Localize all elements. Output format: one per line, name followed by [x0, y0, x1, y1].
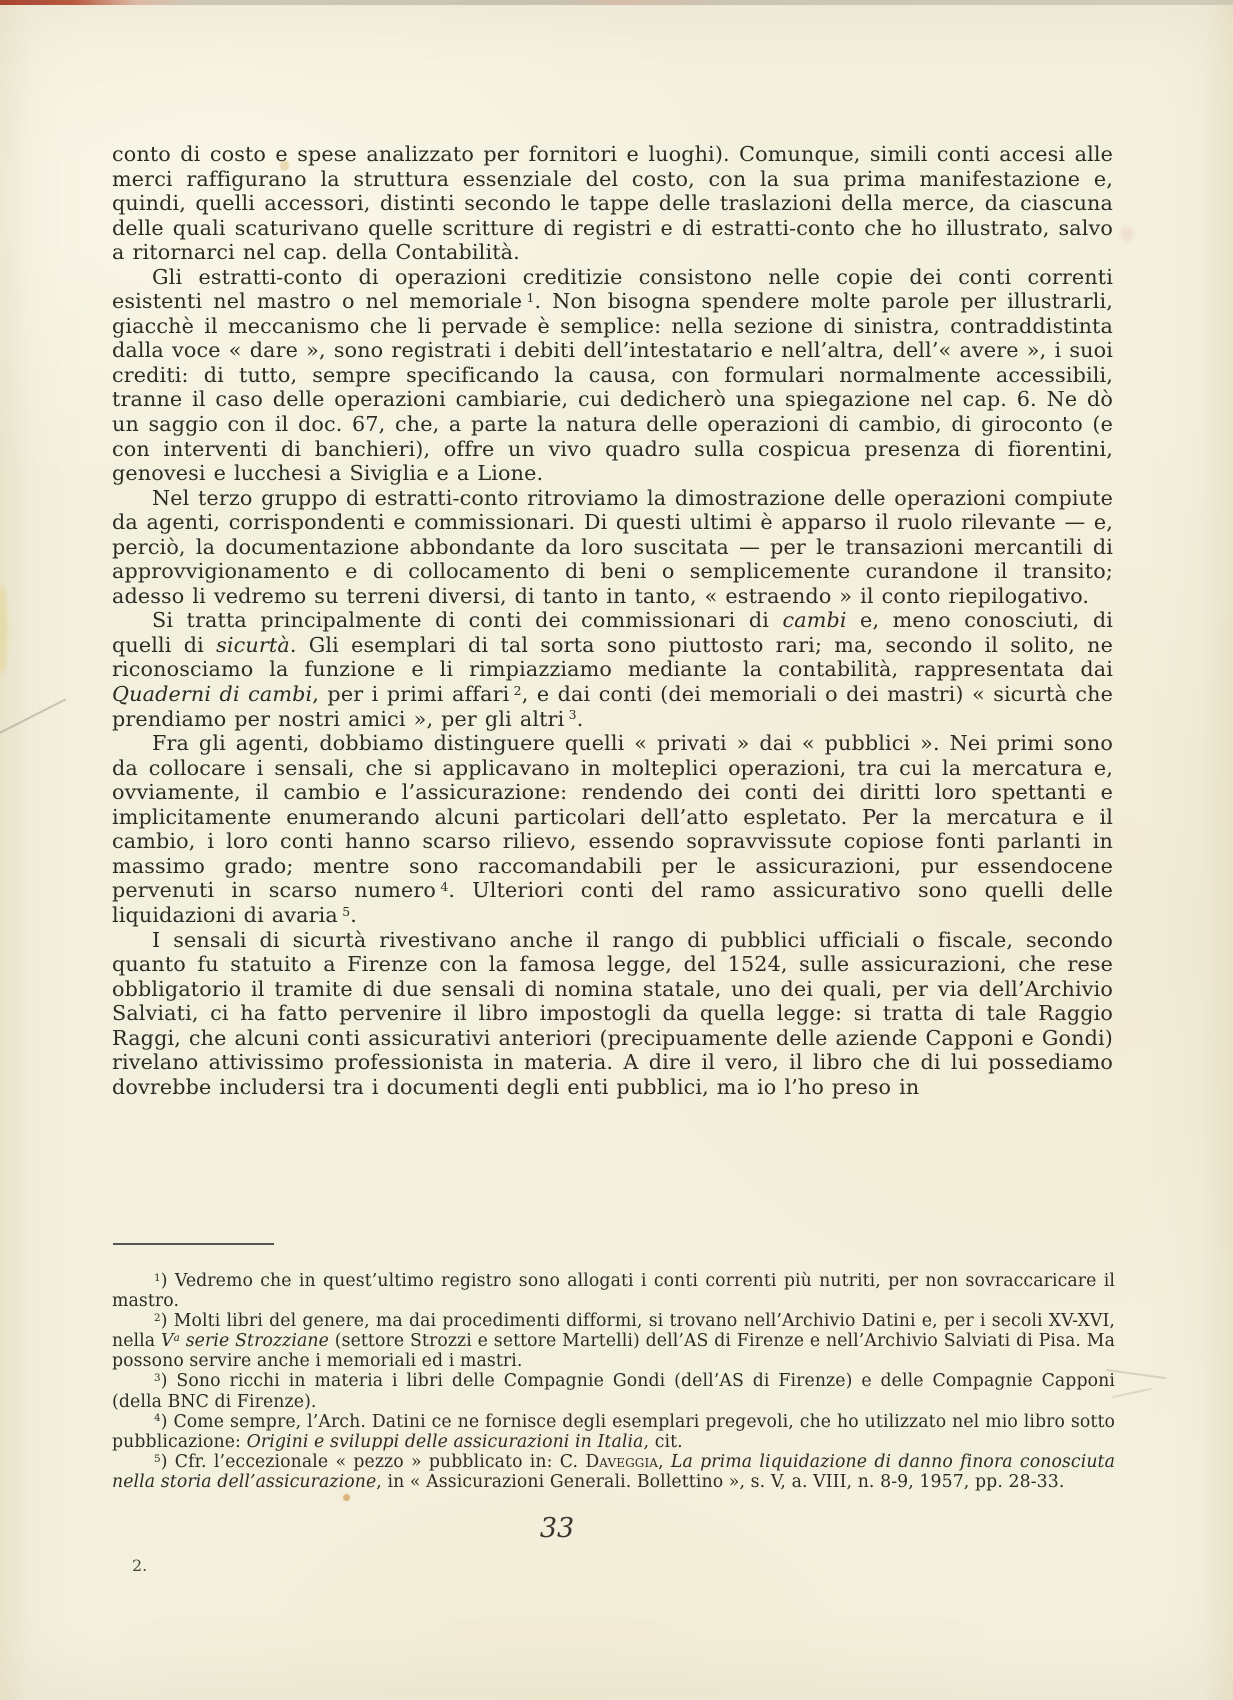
footnote: 5) Cfr. l’eccezionale « pezzo » pubblica…: [112, 1452, 1115, 1492]
footnote: 2) Molti libri del genere, ma dai proced…: [112, 1311, 1115, 1371]
paragraph: Gli estratti-conto di operazioni crediti…: [112, 265, 1113, 486]
paragraph: Fra gli agenti, dobbiamo distinguere que…: [112, 731, 1113, 927]
scanned-book-page: conto di costo e spese analizzato per fo…: [0, 0, 1233, 1700]
pencil-mark: [1112, 1388, 1152, 1398]
pencil-mark: [1106, 1369, 1166, 1379]
scan-smudge: [0, 584, 8, 674]
paragraph: Si tratta principalmente di conti dei co…: [112, 608, 1113, 731]
paragraph: I sensali di sicurtà rivestivano anche i…: [112, 928, 1113, 1100]
footnote: 4) Come sempre, l’Arch. Datini ce ne for…: [112, 1412, 1115, 1452]
footnote-divider: [113, 1243, 274, 1245]
footnote: 3) Sono ricchi in materia i libri delle …: [112, 1371, 1115, 1411]
paragraph: conto di costo e spese analizzato per fo…: [112, 142, 1113, 265]
scan-scratch: [0, 698, 66, 735]
paragraph: Nel terzo gruppo di estratti-conto ritro…: [112, 486, 1113, 609]
footnotes: 1) Vedremo che in quest’ultimo registro …: [112, 1271, 1115, 1506]
scan-smudge: [1120, 226, 1134, 242]
body-text: conto di costo e spese analizzato per fo…: [112, 142, 1113, 1240]
scan-edge-artifact: [0, 0, 1233, 5]
page-number: 33: [57, 1513, 1057, 1544]
signature-mark: 2.: [132, 1556, 147, 1575]
footnote: 1) Vedremo che in quest’ultimo registro …: [112, 1271, 1115, 1311]
